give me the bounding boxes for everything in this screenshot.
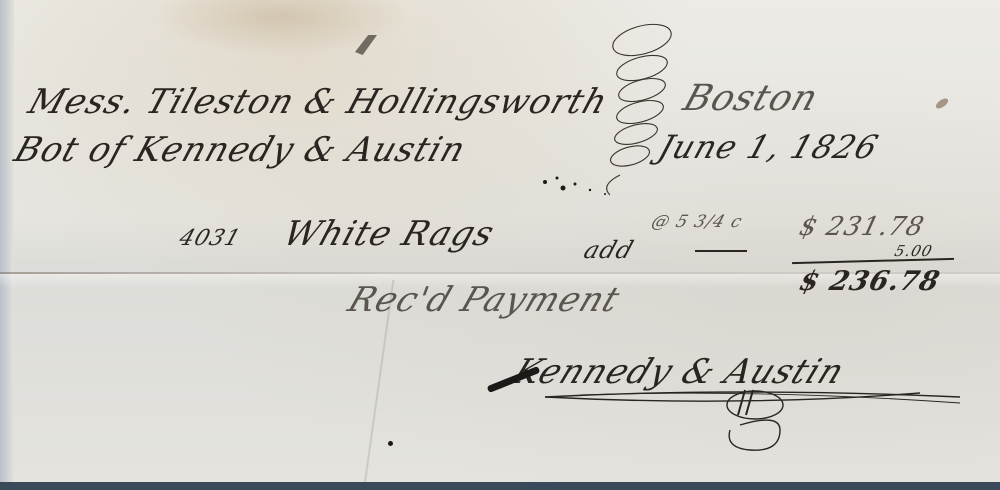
background-table-edge xyxy=(0,482,1000,490)
total-amount: $ 236.78 xyxy=(796,266,943,297)
item-description: White Rags xyxy=(279,214,500,254)
date-text: June 1, 1826 xyxy=(654,128,884,166)
receipt-note: Rec'd Payment xyxy=(343,280,626,320)
item-rate: @ 5 3/4 c xyxy=(649,212,745,232)
ink-dot xyxy=(388,441,393,446)
item-rate-prefix: add xyxy=(580,236,637,264)
age-stain xyxy=(150,0,410,55)
signature-underline-flourish xyxy=(540,385,970,455)
item-quantity: 4031 xyxy=(176,226,244,251)
seller-line: Bot of Kennedy & Austin xyxy=(10,130,471,170)
rate-underline xyxy=(695,250,747,252)
paper-left-edge xyxy=(0,0,14,482)
place-text: Boston xyxy=(678,78,823,119)
adjustment-amount: 5.00 xyxy=(893,242,935,260)
ink-splatter xyxy=(535,168,625,198)
addressee-line: Mess. Tileston & Hollingsworth xyxy=(24,82,614,122)
item-amount: $ 231.78 xyxy=(796,212,927,242)
